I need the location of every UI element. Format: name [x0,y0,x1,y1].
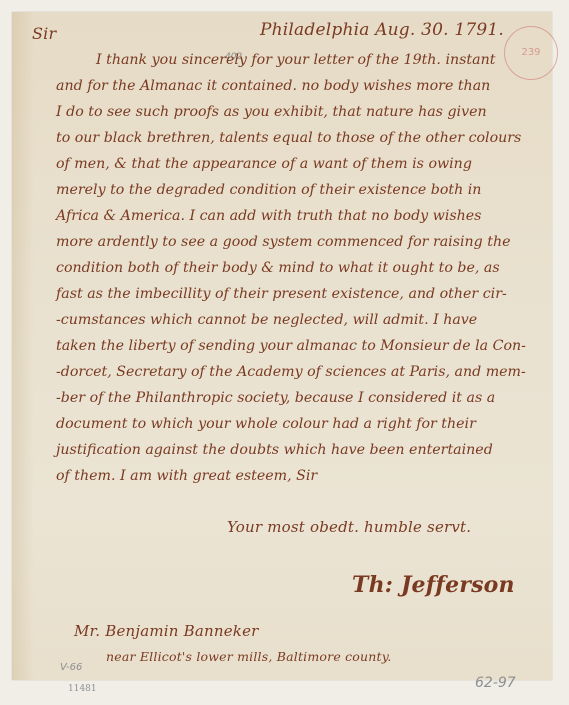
body-line: justification against the doubts which h… [56,442,493,458]
accession-number: 11481 [68,684,97,694]
body-line: -dorcet, Secretary of the Academy of sci… [56,364,526,380]
letter-page: Sir Philadelphia Aug. 30. 1791. 402 239 … [12,12,552,680]
body-line: of them. I am with great esteem, Sir [56,468,317,484]
complimentary-close: Your most obedt. humble servt. [227,518,471,536]
addressee-location: near Ellicot's lower mills, Baltimore co… [106,649,392,664]
catalog-mark: 62-97 [475,675,516,691]
signature: Th: Jefferson [352,572,515,598]
body-line: Africa & America. I can add with truth t… [56,208,481,224]
body-line: I do to see such proofs as you exhibit, … [56,104,487,120]
body-line: more ardently to see a good system comme… [56,234,511,250]
body-line: I thank you sincerely for your letter of… [96,52,495,68]
body-line: -cumstances which cannot be neglected, w… [56,312,477,328]
salutation: Sir [32,24,56,43]
archive-stamp: 239 [504,26,558,80]
body-line: of men, & that the appearance of a want … [56,156,472,172]
body-line: fast as the imbecillity of their present… [56,286,507,302]
body-line: condition both of their body & mind to w… [56,260,500,276]
body-line: -ber of the Philanthropic society, becau… [56,390,495,406]
mount-board: Sir Philadelphia Aug. 30. 1791. 402 239 … [0,0,569,705]
volume-mark: V-66 [60,662,82,673]
body-line: taken the liberty of sending your almana… [56,338,526,354]
dateline: Philadelphia Aug. 30. 1791. [260,20,504,40]
body-line: document to which your whole colour had … [56,416,476,432]
body-line: and for the Almanac it contained. no bod… [56,78,490,94]
body-line: merely to the degraded condition of thei… [56,182,481,198]
addressee-name: Mr. Benjamin Banneker [74,622,259,640]
body-line: to our black brethren, talents equal to … [56,130,521,146]
